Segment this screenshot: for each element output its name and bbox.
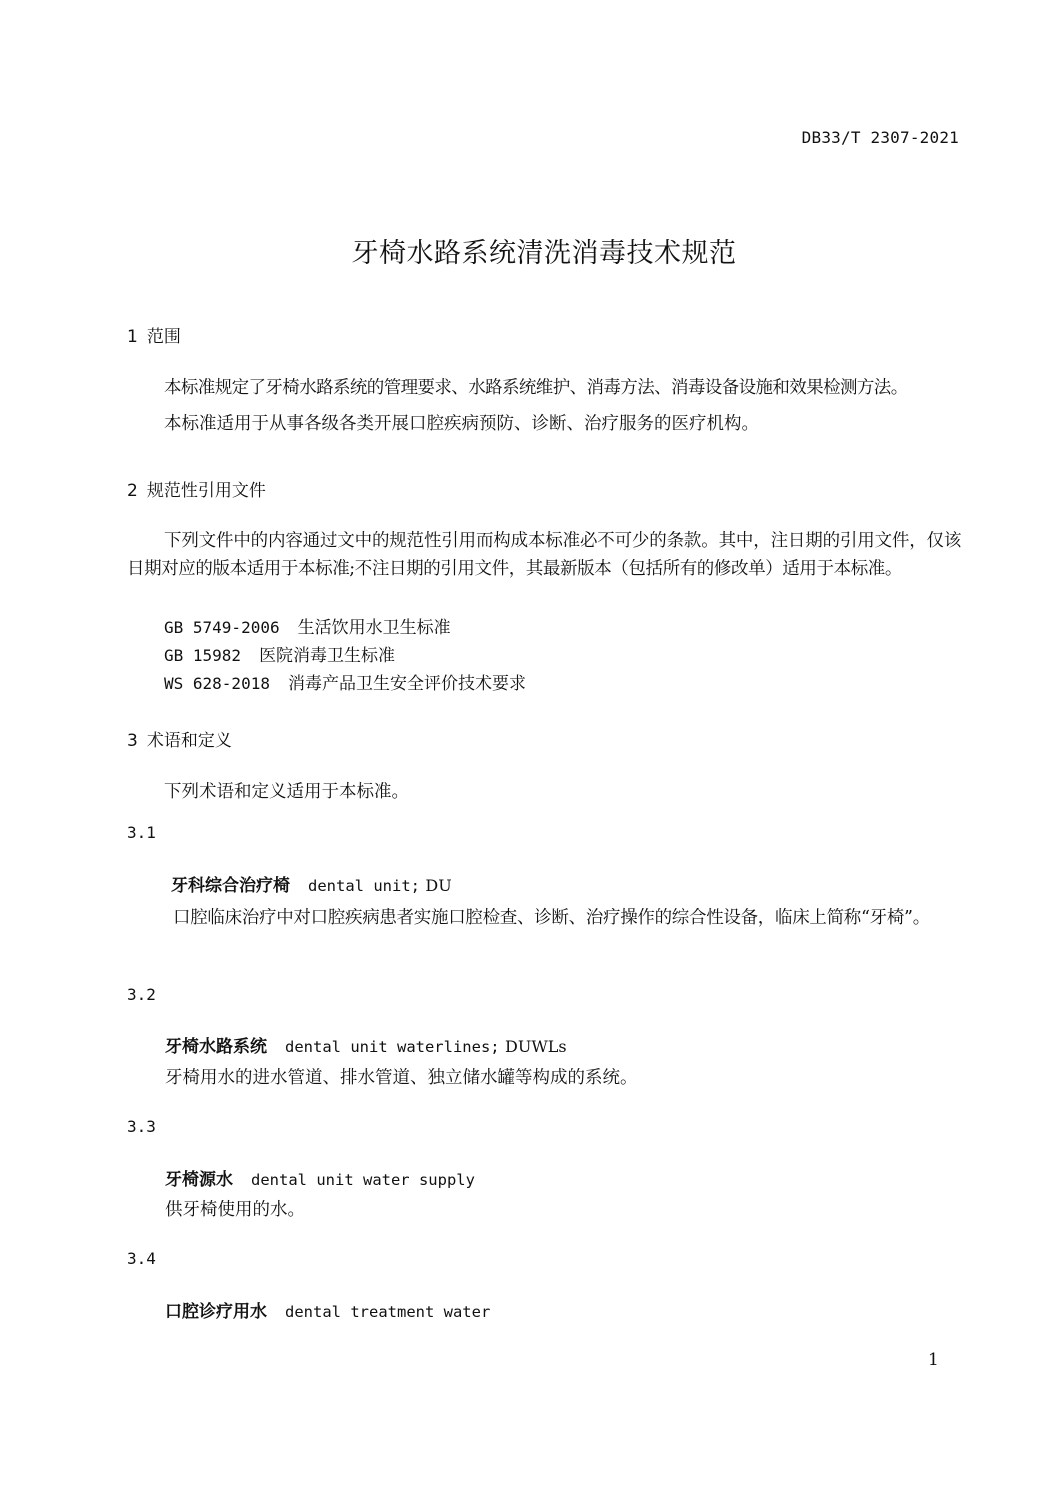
clause-number: 3.2 [127, 985, 156, 1004]
reference-code: GB 15982 [164, 646, 241, 665]
term-chinese: 牙科综合治疗椅 [171, 876, 290, 896]
section-title: 规范性引用文件 [147, 481, 266, 501]
clause-number: 3.3 [127, 1117, 156, 1136]
document-code: DB33/T 2307-2021 [802, 128, 959, 147]
clause-number: 3.4 [127, 1249, 156, 1268]
section-heading-normative-references: 2规范性引用文件 [127, 476, 266, 501]
reference-title: 消毒产品卫生安全评价技术要求 [288, 674, 526, 694]
page-number: 1 [928, 1350, 939, 1370]
section-title: 范围 [147, 327, 181, 347]
term-chinese: 牙椅水路系统 [165, 1037, 267, 1057]
term-english: dental treatment water [285, 1303, 490, 1321]
section-heading-scope: 1范围 [127, 322, 181, 347]
term-abbreviation: DUWLs [505, 1037, 567, 1056]
reference-code: GB 5749-2006 [164, 618, 280, 637]
reference-title: 医院消毒卫生标准 [259, 646, 395, 666]
reference-item: GB 5749-2006生活饮用水卫生标准 [164, 613, 451, 638]
terms-intro-paragraph: 下列术语和定义适用于本标准。 [127, 778, 961, 806]
term-definition: 口腔临床治疗中对口腔疾病患者实施口腔检查、诊断、治疗操作的综合性设备，临床上简称… [127, 904, 961, 932]
scope-paragraph-2: 本标准适用于从事各级各类开展口腔疾病预防、诊断、治疗服务的医疗机构。 [127, 410, 961, 438]
term-definition: 供牙椅使用的水。 [165, 1196, 965, 1224]
term-entry: 牙椅源水dental unit water supply [165, 1165, 475, 1190]
clause-number: 3.1 [127, 823, 156, 842]
reference-item: WS 628-2018消毒产品卫生安全评价技术要求 [164, 669, 526, 694]
reference-title: 生活饮用水卫生标准 [298, 618, 451, 638]
term-english: dental unit water supply [251, 1171, 475, 1189]
section-title: 术语和定义 [147, 731, 232, 751]
term-abbreviation: DU [425, 876, 451, 895]
term-entry: 牙科综合治疗椅dental unit; DU [171, 871, 452, 896]
section-number: 3 [127, 731, 138, 751]
section-number: 2 [127, 481, 138, 501]
reference-code: WS 628-2018 [164, 674, 270, 693]
term-definition: 牙椅用水的进水管道、排水管道、独立储水罐等构成的系统。 [165, 1064, 965, 1092]
term-entry: 口腔诊疗用水dental treatment water [165, 1297, 490, 1322]
term-chinese: 牙椅源水 [165, 1170, 233, 1190]
section-heading-terms-and-definitions: 3术语和定义 [127, 726, 232, 751]
term-chinese: 口腔诊疗用水 [165, 1302, 267, 1322]
term-english: dental unit waterlines; [285, 1038, 500, 1056]
scope-paragraph-1: 本标准规定了牙椅水路系统的管理要求、水路系统维护、消毒方法、消毒设备设施和效果检… [127, 374, 977, 402]
section-number: 1 [127, 327, 138, 347]
term-entry: 牙椅水路系统dental unit waterlines; DUWLs [165, 1032, 567, 1057]
reference-item: GB 15982医院消毒卫生标准 [164, 641, 395, 666]
references-intro-paragraph: 下列文件中的内容通过文中的规范性引用而构成本标准必不可少的条款。其中，注日期的引… [127, 527, 961, 583]
term-english: dental unit; [308, 877, 420, 895]
document-title: 牙椅水路系统清洗消毒技术规范 [0, 231, 1061, 270]
